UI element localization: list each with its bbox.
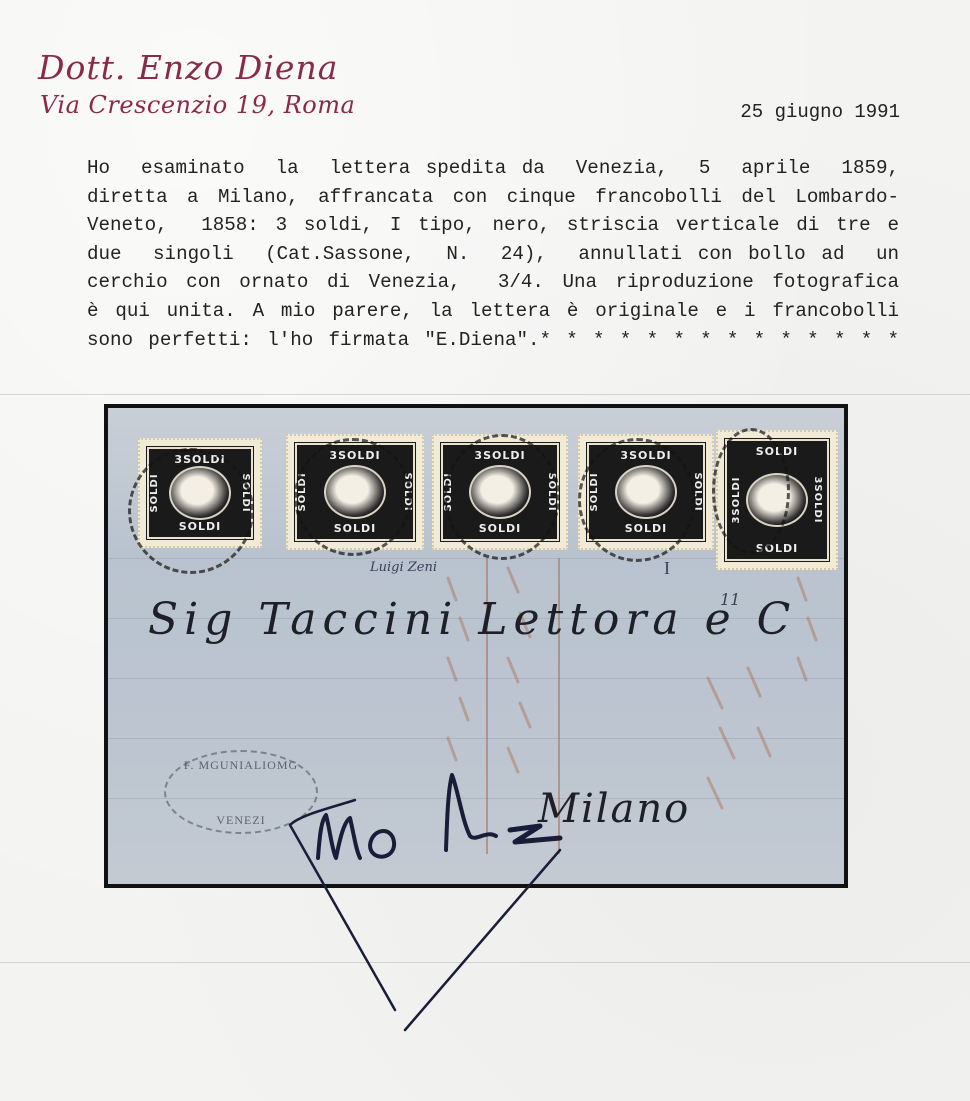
certificate-text: Ho esaminato la lettera spedita da Venez… <box>87 154 899 354</box>
cover-envelope: 3SOLDI SOLDI SOLDI SOLDI 3SOLDI SOLDI SO… <box>108 408 844 884</box>
fold-line <box>0 394 970 395</box>
certificate-line: Veneto, 1858: 3 soldi, I tipo, nero, str… <box>87 211 899 240</box>
postmark-cancel <box>294 438 412 556</box>
expert-address: Via Crescenzio 19, Roma <box>40 88 355 122</box>
expert-name: Dott. Enzo Diena <box>38 48 355 88</box>
certificate-line: sono perfetti: l'ho firmata "E.Diena".* … <box>87 326 899 355</box>
letterhead: Dott. Enzo Diena Via Crescenzio 19, Roma <box>38 48 355 122</box>
docket-note: Luigi Zeni <box>370 560 437 575</box>
certificate-line: è qui unita. A mio parere, la lettera è … <box>87 297 899 326</box>
certificate-date: 25 giugno 1991 <box>740 101 900 123</box>
cachet-bottom-text: VENEZI <box>166 813 316 828</box>
sender-oval-cachet: F. MGUNIALIOMG VENEZI <box>164 750 318 834</box>
destination-city: Milano <box>538 786 690 832</box>
postmark-cancel <box>444 434 560 560</box>
cover-photograph: 3SOLDI SOLDI SOLDI SOLDI 3SOLDI SOLDI SO… <box>104 404 848 888</box>
certificate-line: Ho esaminato la lettera spedita da Venez… <box>87 154 899 183</box>
cachet-top-text: F. MGUNIALIOMG <box>166 758 316 773</box>
roman-numeral: I <box>664 558 670 579</box>
certificate-line: cerchio con ornato di Venezia, 3/4. Una … <box>87 268 899 297</box>
certificate-line: due singoli (Cat.Sassone, N. 24), annull… <box>87 240 899 269</box>
fold-line <box>0 962 970 963</box>
postmark-cancel <box>578 438 696 562</box>
postmark-cancel <box>128 448 254 574</box>
certificate-line: diretta a Milano, affrancata con cinque … <box>87 183 899 212</box>
addressee: Sig Taccini Lettora e C <box>148 594 796 645</box>
postmark-cancel <box>712 428 790 554</box>
stamp-side-label: 3SOLDI <box>812 476 823 523</box>
